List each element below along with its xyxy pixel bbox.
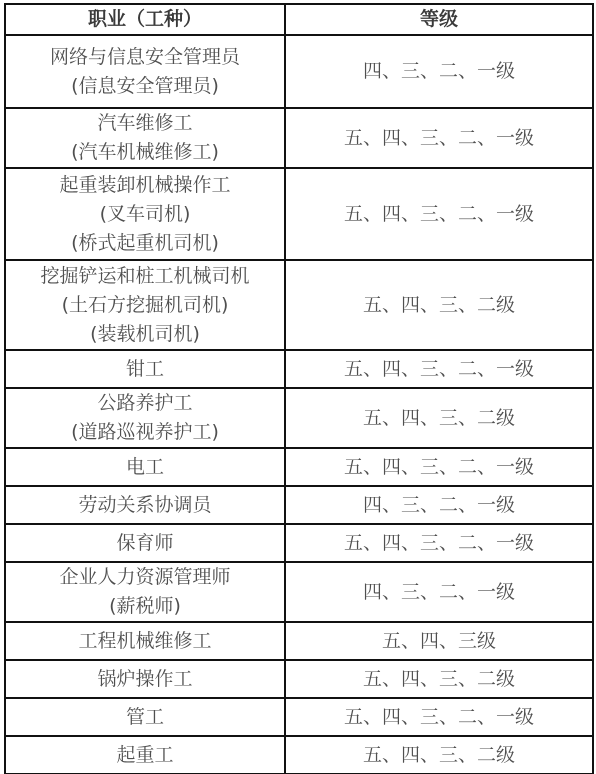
occupation-name: 劳动关系协调员: [10, 491, 280, 520]
table-row: 钳工五、四、三、二、一级: [5, 350, 593, 388]
table-row: 起重工五、四、三、二级: [5, 736, 593, 774]
occupation-name: 钳工: [10, 355, 280, 384]
occupation-name: 锅炉操作工: [10, 665, 280, 694]
table-row: 管工五、四、三、二、一级: [5, 698, 593, 736]
occupation-cell: 汽车维修工(汽车机械维修工): [5, 108, 285, 168]
occupation-name: 管工: [10, 703, 280, 732]
level-cell: 五、四、三、二级: [285, 388, 593, 448]
level-cell: 五、四、三、二级: [285, 660, 593, 698]
occupation-cell: 工程机械维修工: [5, 622, 285, 660]
table-row: 电工五、四、三、二、一级: [5, 448, 593, 486]
level-cell: 五、四、三、二、一级: [285, 448, 593, 486]
table-row: 汽车维修工(汽车机械维修工)五、四、三、二、一级: [5, 108, 593, 168]
occupation-name: 网络与信息安全管理员: [10, 43, 280, 72]
occupation-cell: 起重装卸机械操作工(叉车司机)(桥式起重机司机): [5, 168, 285, 260]
table-row: 工程机械维修工五、四、三级: [5, 622, 593, 660]
occupation-cell: 劳动关系协调员: [5, 486, 285, 524]
occupation-name: 保育师: [10, 529, 280, 558]
occupation-cell: 钳工: [5, 350, 285, 388]
occupation-cell: 起重工: [5, 736, 285, 774]
occupation-name: 起重装卸机械操作工: [10, 171, 280, 200]
level-cell: 五、四、三、二、一级: [285, 350, 593, 388]
occupation-name: 工程机械维修工: [10, 627, 280, 656]
occupation-cell: 保育师: [5, 524, 285, 562]
table-row: 公路养护工(道路巡视养护工)五、四、三、二级: [5, 388, 593, 448]
occupation-subtype: (信息安全管理员): [10, 72, 280, 101]
occupation-name: 公路养护工: [10, 389, 280, 418]
level-cell: 五、四、三、二、一级: [285, 698, 593, 736]
occupation-name: 汽车维修工: [10, 109, 280, 138]
table-row: 企业人力资源管理师(薪税师)四、三、二、一级: [5, 562, 593, 622]
occupation-subtype: (汽车机械维修工): [10, 138, 280, 167]
level-cell: 五、四、三、二级: [285, 260, 593, 350]
level-cell: 四、三、二、一级: [285, 486, 593, 524]
table-row: 劳动关系协调员四、三、二、一级: [5, 486, 593, 524]
table-body: 网络与信息安全管理员(信息安全管理员)四、三、二、一级汽车维修工(汽车机械维修工…: [5, 35, 593, 774]
header-occupation: 职业（工种）: [5, 4, 285, 35]
occupation-subtype: (薪税师): [10, 592, 280, 621]
level-cell: 五、四、三、二级: [285, 736, 593, 774]
occupation-subtype: (土石方挖掘机司机): [10, 291, 280, 320]
occupation-cell: 挖掘铲运和桩工机械司机(土石方挖掘机司机)(装载机司机): [5, 260, 285, 350]
occupation-name: 起重工: [10, 741, 280, 770]
level-cell: 四、三、二、一级: [285, 35, 593, 108]
occupation-name: 挖掘铲运和桩工机械司机: [10, 262, 280, 291]
occupation-cell: 企业人力资源管理师(薪税师): [5, 562, 285, 622]
table-row: 保育师五、四、三、二、一级: [5, 524, 593, 562]
occupation-subtype: (装载机司机): [10, 320, 280, 349]
occupation-cell: 网络与信息安全管理员(信息安全管理员): [5, 35, 285, 108]
occupation-cell: 公路养护工(道路巡视养护工): [5, 388, 285, 448]
table-row: 起重装卸机械操作工(叉车司机)(桥式起重机司机)五、四、三、二、一级: [5, 168, 593, 260]
table-header-row: 职业（工种） 等级: [5, 4, 593, 35]
occupation-name: 电工: [10, 453, 280, 482]
header-level: 等级: [285, 4, 593, 35]
occupation-cell: 管工: [5, 698, 285, 736]
table-row: 网络与信息安全管理员(信息安全管理员)四、三、二、一级: [5, 35, 593, 108]
occupation-cell: 锅炉操作工: [5, 660, 285, 698]
occupation-subtype: (桥式起重机司机): [10, 229, 280, 258]
level-cell: 五、四、三、二、一级: [285, 168, 593, 260]
occupation-subtype: (道路巡视养护工): [10, 418, 280, 447]
occupation-level-table: 职业（工种） 等级 网络与信息安全管理员(信息安全管理员)四、三、二、一级汽车维…: [4, 3, 594, 774]
table-row: 挖掘铲运和桩工机械司机(土石方挖掘机司机)(装载机司机)五、四、三、二级: [5, 260, 593, 350]
level-cell: 五、四、三、二、一级: [285, 524, 593, 562]
occupation-subtype: (叉车司机): [10, 200, 280, 229]
table-row: 锅炉操作工五、四、三、二级: [5, 660, 593, 698]
occupation-cell: 电工: [5, 448, 285, 486]
level-cell: 五、四、三级: [285, 622, 593, 660]
level-cell: 五、四、三、二、一级: [285, 108, 593, 168]
level-cell: 四、三、二、一级: [285, 562, 593, 622]
occupation-name: 企业人力资源管理师: [10, 563, 280, 592]
